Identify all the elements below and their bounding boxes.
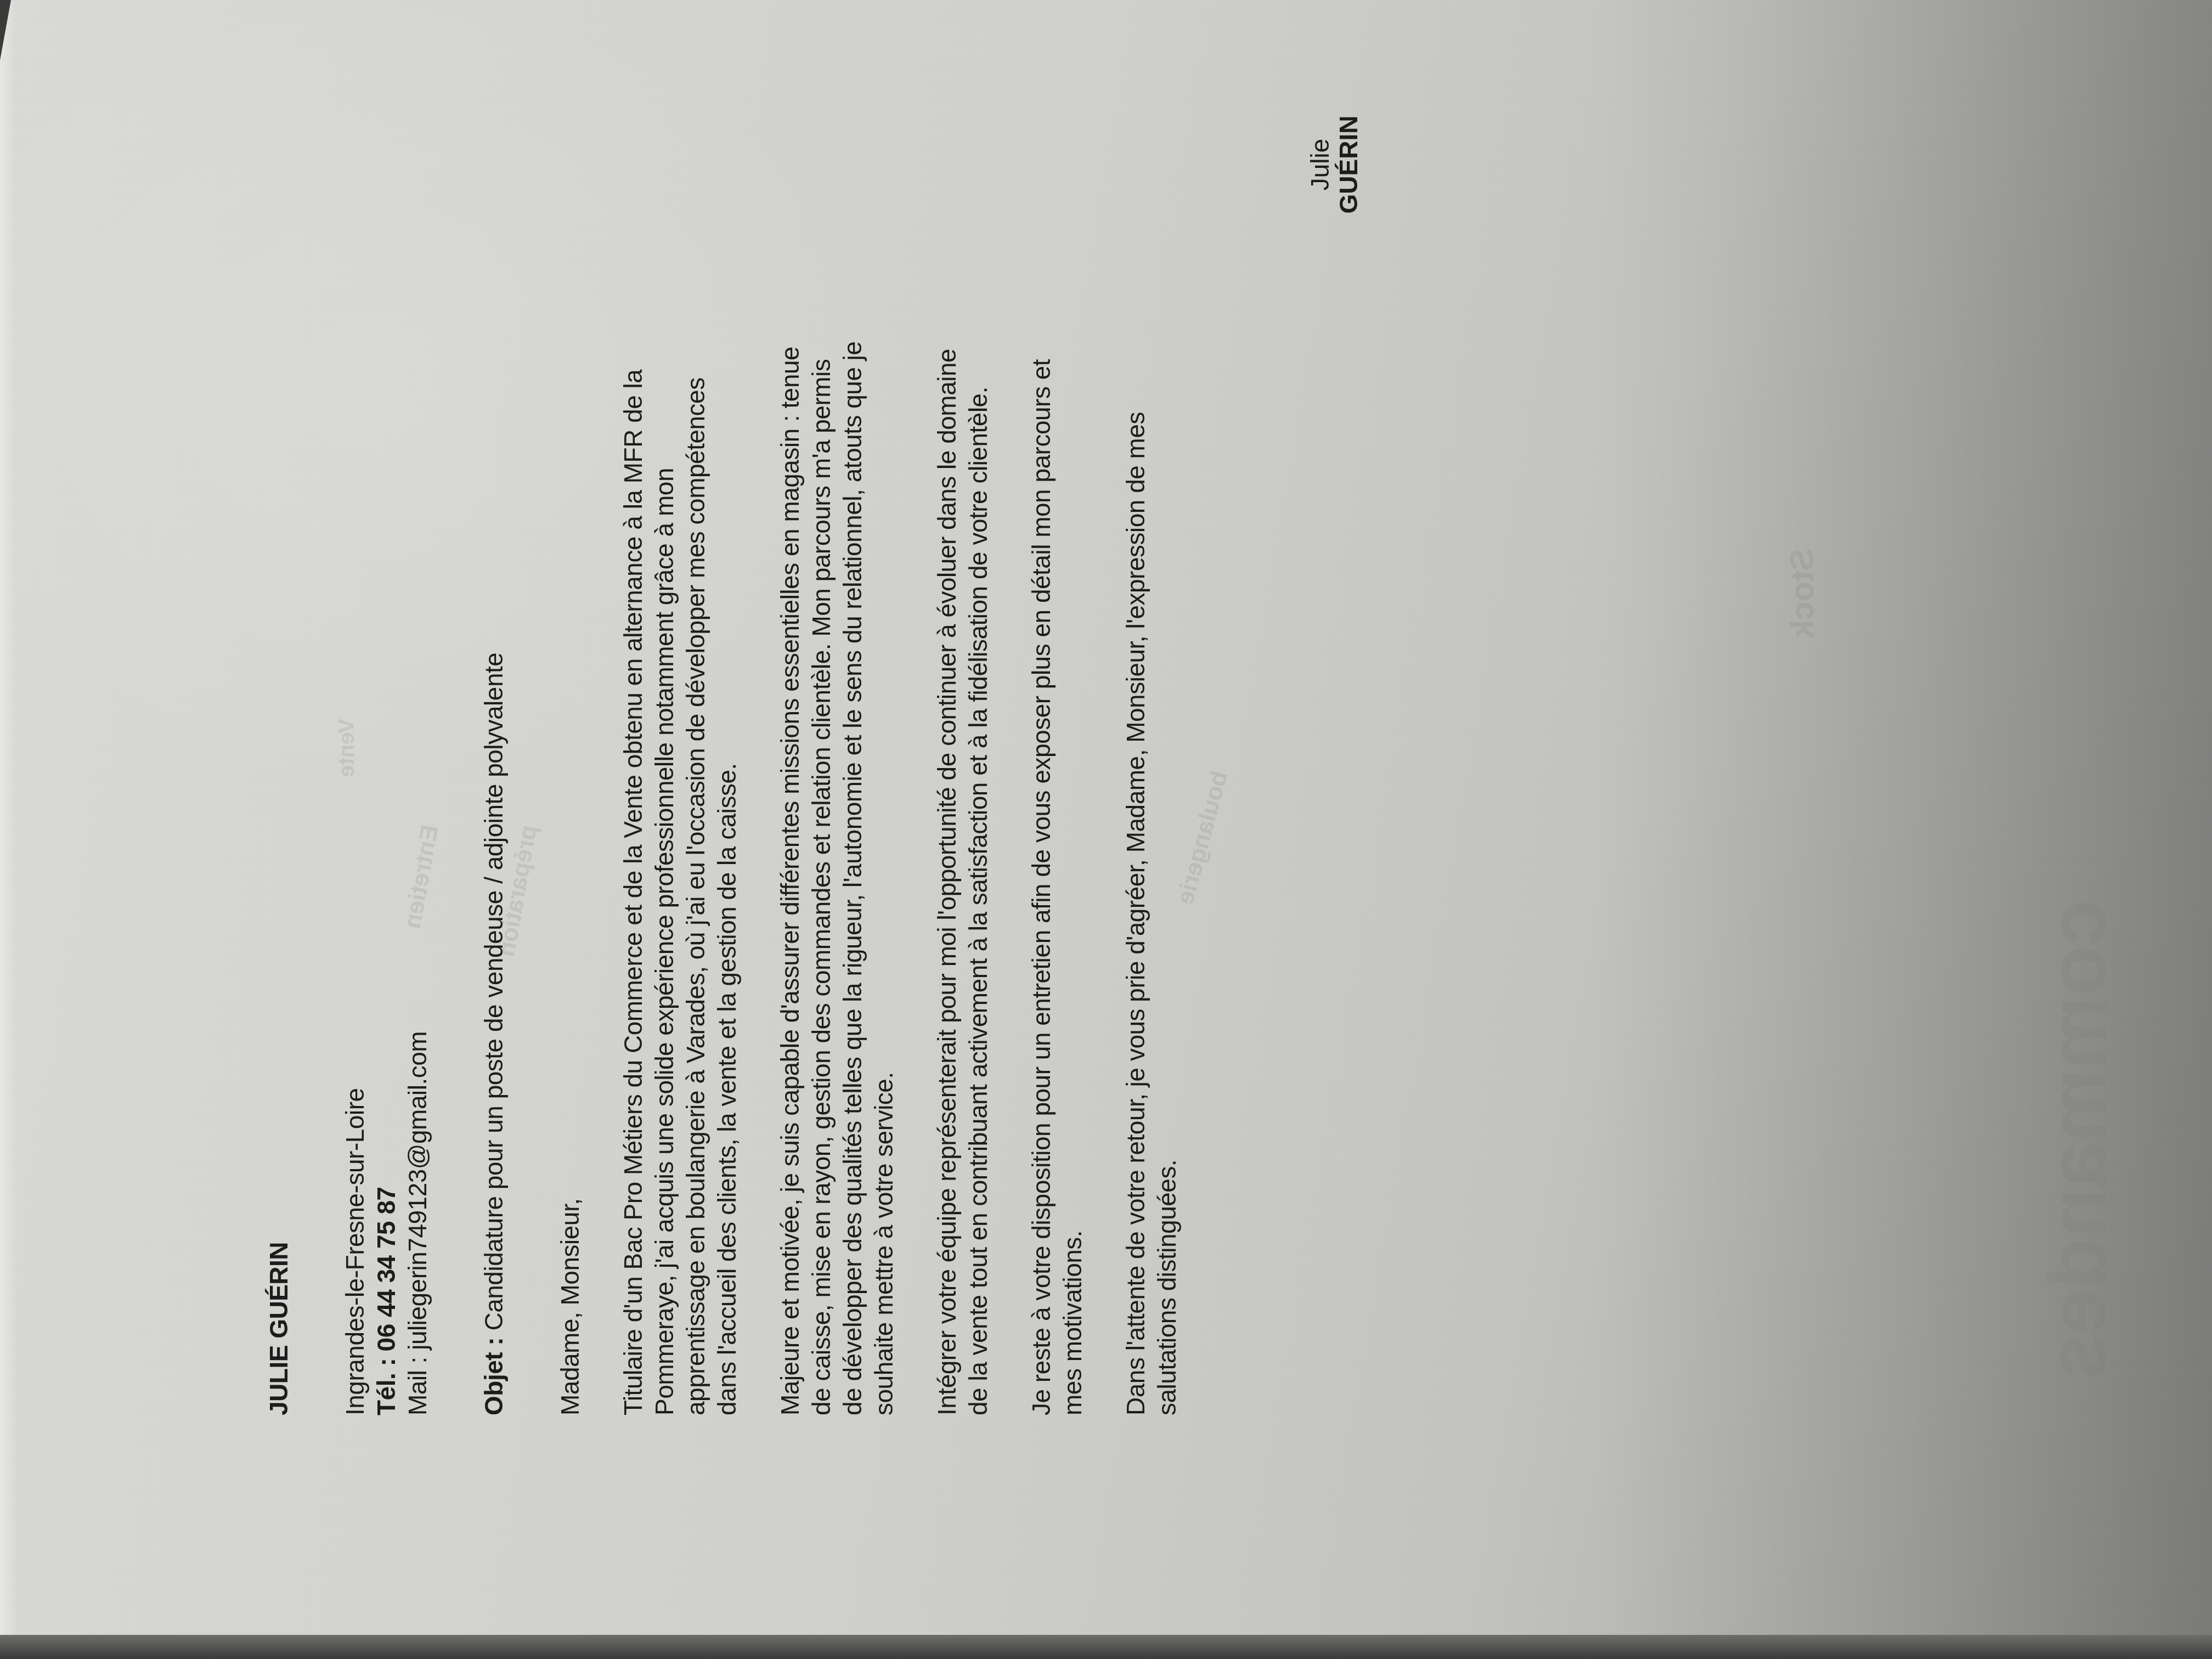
phone-number: 06 44 34 75 87 xyxy=(372,1187,400,1351)
paragraph-line: de caisse, mise en rayon, gestion des co… xyxy=(806,44,837,1415)
body-paragraph: Je reste à votre disposition pour un ent… xyxy=(1026,44,1088,1415)
paper-edge xyxy=(0,0,16,1659)
salutation: Madame, Monsieur, xyxy=(555,44,586,1415)
paragraph-line: souhaite mettre à votre service. xyxy=(868,44,900,1415)
contact-block: Ingrandes-le-Fresne-sur-Loire Tél. : 06 … xyxy=(340,44,433,1415)
paragraph-line: de développer des qualités telles que la… xyxy=(837,44,868,1415)
paragraph-line: Dans l'attente de votre retour, je vous … xyxy=(1120,44,1152,1415)
bleed-through-fragment: Stock xyxy=(1783,549,1821,638)
subject-line: Objet : Candidature pour un poste de ven… xyxy=(478,44,510,1415)
email-address: juliegerin749123@gmail.com xyxy=(403,1031,432,1350)
table-surface xyxy=(0,1635,2212,1659)
paragraph-line: salutations distinguées. xyxy=(1152,44,1183,1415)
letter-body: Titulaire d'un Bac Pro Métiers du Commer… xyxy=(618,44,1183,1415)
cover-letter: JULIE GUÉRIN Ingrandes-le-Fresne-sur-Loi… xyxy=(263,44,1415,1415)
body-paragraph: Intégrer votre équipe représenterait pou… xyxy=(932,44,994,1415)
body-paragraph: Titulaire d'un Bac Pro Métiers du Commer… xyxy=(618,44,743,1415)
paragraph-line: Je reste à votre disposition pour un ent… xyxy=(1026,44,1057,1415)
signature-block: Julie GUÉRIN xyxy=(1306,82,1415,247)
table-corner xyxy=(0,0,11,60)
signature-last-name: GUÉRIN xyxy=(1334,82,1363,247)
sender-address: Ingrandes-le-Fresne-sur-Loire xyxy=(340,44,371,1415)
body-paragraph: Majeure et motivée, je suis capable d'as… xyxy=(775,44,900,1415)
body-paragraph: Dans l'attente de votre retour, je vous … xyxy=(1120,44,1183,1415)
sender-name: JULIE GUÉRIN xyxy=(263,44,295,1415)
paragraph-line: Titulaire d'un Bac Pro Métiers du Commer… xyxy=(618,44,649,1415)
mail-label: Mail : xyxy=(403,1357,432,1415)
subject-text: Candidature pour un poste de vendeuse / … xyxy=(479,653,508,1331)
paragraph-line: Majeure et motivée, je suis capable d'as… xyxy=(775,44,806,1415)
phone-label: Tél. : xyxy=(372,1358,400,1415)
bleed-through-word: commandes xyxy=(2030,900,2125,1380)
paragraph-line: dans l'accueil des clients, la vente et … xyxy=(712,44,743,1415)
sender-email: Mail : juliegerin749123@gmail.com xyxy=(402,44,433,1415)
paragraph-line: apprentissage en boulangerie à Varades, … xyxy=(680,44,712,1415)
shadow-overlay xyxy=(1591,0,2212,1659)
paragraph-line: de la vente tout en contribuant activeme… xyxy=(963,44,994,1415)
subject-label: Objet : xyxy=(479,1338,508,1415)
paragraph-line: Intégrer votre équipe représenterait pou… xyxy=(932,44,963,1415)
signature-first-name: Julie xyxy=(1306,82,1334,247)
paragraph-line: mes motivations. xyxy=(1057,44,1088,1415)
sender-phone: Tél. : 06 44 34 75 87 xyxy=(371,44,402,1415)
paragraph-line: Pommeraye, j'ai acquis une solide expéri… xyxy=(649,44,680,1415)
